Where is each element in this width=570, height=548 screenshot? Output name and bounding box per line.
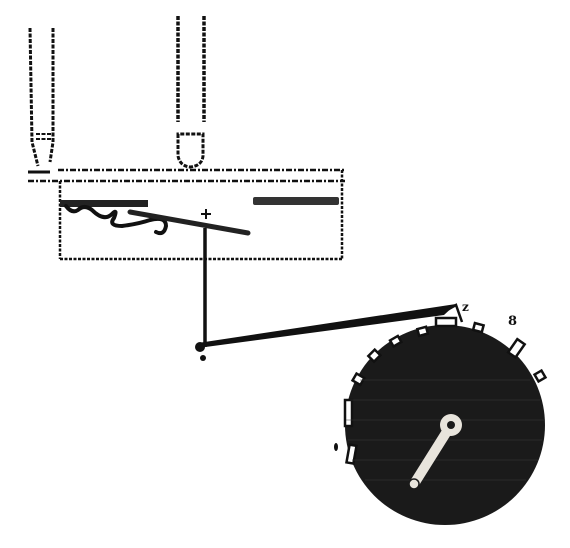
right-plate xyxy=(253,197,339,205)
left-mark xyxy=(334,443,338,451)
top-rails xyxy=(28,170,345,181)
rod-joint xyxy=(195,342,205,352)
left-tube xyxy=(30,28,53,166)
pivot-cross xyxy=(201,209,211,219)
dial-label-8: 8 xyxy=(508,314,517,329)
ornamental-bracket xyxy=(66,206,166,233)
center-tube xyxy=(178,16,204,167)
left-plate xyxy=(60,200,148,207)
rod-end-dot xyxy=(200,355,206,361)
apparatus-diagram xyxy=(0,0,570,548)
dial-label-z: z xyxy=(462,300,469,314)
